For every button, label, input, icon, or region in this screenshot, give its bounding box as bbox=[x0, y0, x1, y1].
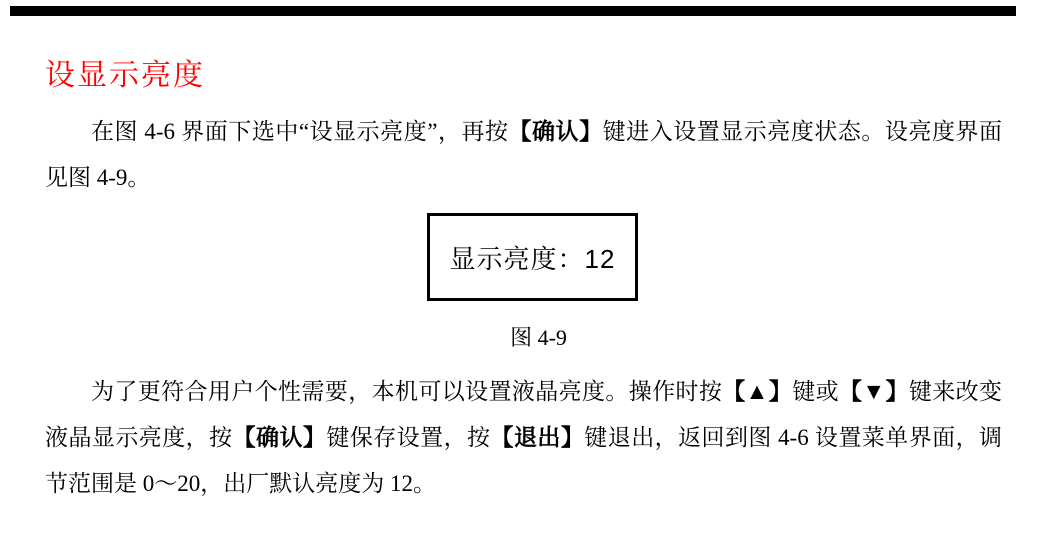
text-run: 键或 bbox=[792, 379, 839, 404]
key-name-token: 【确认】 bbox=[233, 425, 327, 450]
figure-caption: 图 4-9 bbox=[75, 321, 1002, 352]
text-run: 为了更符合用户个性需要，本机可以设置液晶亮度。操作时按 bbox=[91, 379, 722, 404]
key-name-token: 【确认】 bbox=[509, 119, 603, 144]
section-heading: 设显示亮度 bbox=[45, 56, 1002, 95]
text-run: 在图 4-6 界面下选中“设显示亮度”，再按 bbox=[91, 119, 509, 144]
key-name-token: 【退出】 bbox=[491, 425, 585, 450]
brightness-display-text: 显示亮度：12 bbox=[450, 239, 616, 276]
brightness-display-box: 显示亮度：12 bbox=[427, 213, 638, 301]
key-name-token: 【▲】 bbox=[722, 379, 792, 404]
top-rule bbox=[10, 6, 1016, 16]
page-content: 设显示亮度 在图 4-6 界面下选中“设显示亮度”，再按【确认】键进入设置显示亮… bbox=[45, 56, 1002, 507]
paragraph-intro: 在图 4-6 界面下选中“设显示亮度”，再按【确认】键进入设置显示亮度状态。设亮… bbox=[45, 109, 1002, 201]
manual-page: 设显示亮度 在图 4-6 界面下选中“设显示亮度”，再按【确认】键进入设置显示亮… bbox=[0, 0, 1040, 559]
figure-4-9: 显示亮度：12 图 4-9 bbox=[45, 213, 1002, 352]
paragraph-description: 为了更符合用户个性需要，本机可以设置液晶亮度。操作时按【▲】键或【▼】键来改变液… bbox=[45, 369, 1002, 507]
text-run: 键保存设置，按 bbox=[326, 425, 490, 450]
key-name-token: 【▼】 bbox=[839, 379, 909, 404]
